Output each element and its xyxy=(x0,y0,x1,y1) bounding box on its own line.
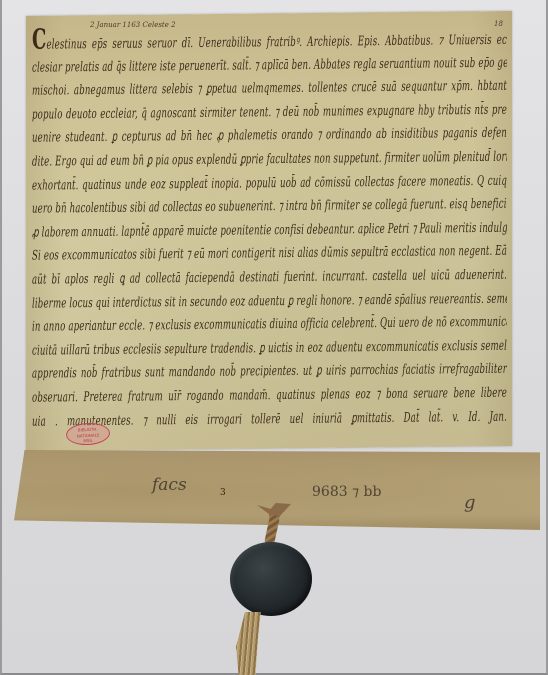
plica-note-facs: facs xyxy=(152,475,187,495)
plica-shelfmark: 9683 ⁊ bb xyxy=(312,484,381,500)
lead-bulla-seal-icon xyxy=(230,542,312,616)
photo-background: 2 Januar 1163 Celeste 2 18 Celestinus ep… xyxy=(0,0,548,675)
plica-mark: g xyxy=(464,492,476,513)
plica-note-number: 3 xyxy=(220,488,226,498)
library-stamp: BIBLIOTH. NATIONALE MSS. xyxy=(65,422,110,446)
charter-text: Celestinus ep̄s seruus seruor dī. Uenera… xyxy=(32,25,507,435)
seal-cord-tassel xyxy=(236,612,262,675)
